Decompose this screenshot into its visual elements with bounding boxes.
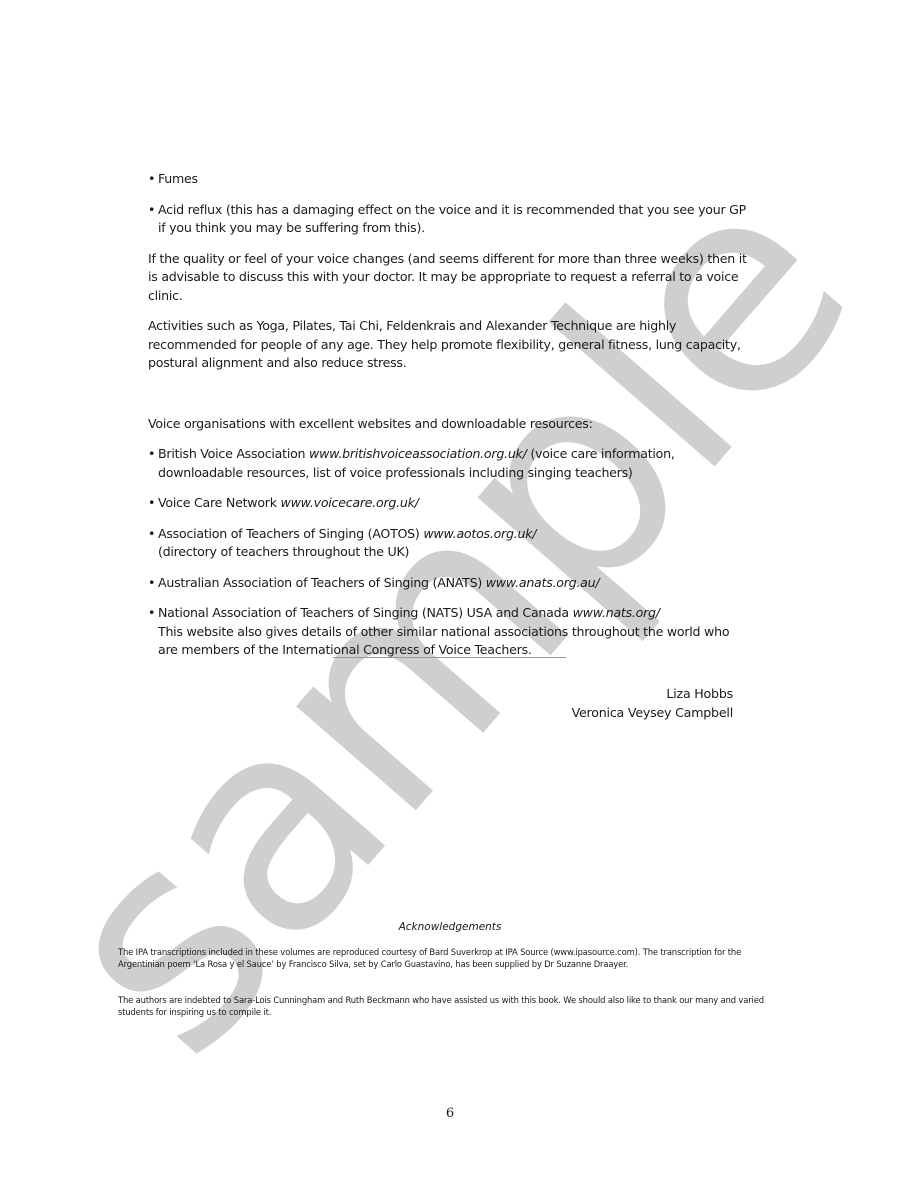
org-link-vcn[interactable]: www.voicecare.org.uk/ (281, 495, 419, 510)
paragraph-voice-change: If the quality or feel of your voice cha… (148, 250, 748, 306)
signatures: Liza Hobbs Veronica Veysey Campbell (572, 685, 733, 722)
org-link-anats[interactable]: www.anats.org.au/ (486, 575, 600, 590)
signature-author-1: Liza Hobbs (572, 685, 733, 704)
bullet-item-fumes: •Fumes (148, 170, 748, 189)
org-link-bva[interactable]: www.britishvoiceassociation.org.uk/ (309, 446, 527, 461)
bullet-icon: • (148, 170, 158, 189)
bullet-icon: • (148, 604, 158, 623)
org-item-anats: •Australian Association of Teachers of S… (148, 574, 748, 593)
main-content: •Fumes •Acid reflux (this has a damaging… (148, 170, 748, 660)
org-item-bva: •British Voice Association www.britishvo… (148, 445, 748, 482)
acknowledgements-paragraph-authors: The authors are indebted to Sara-Lois Cu… (118, 994, 784, 1018)
bullet-icon: • (148, 201, 158, 220)
org-link-aotos[interactable]: www.aotos.org.uk/ (423, 526, 536, 541)
org-link-nats[interactable]: www.nats.org/ (573, 605, 660, 620)
acknowledgements-title: Acknowledgements (0, 921, 900, 933)
bullet-item-acid-reflux: •Acid reflux (this has a damaging effect… (148, 201, 748, 238)
bullet-icon: • (148, 525, 158, 544)
org-item-aotos: •Association of Teachers of Singing (AOT… (148, 525, 748, 562)
section-divider (333, 657, 566, 658)
org-item-nats: •National Association of Teachers of Sin… (148, 604, 748, 660)
bullet-icon: • (148, 574, 158, 593)
signature-author-2: Veronica Veysey Campbell (572, 704, 733, 723)
organisations-intro: Voice organisations with excellent websi… (148, 415, 748, 434)
bullet-icon: • (148, 445, 158, 464)
bullet-icon: • (148, 494, 158, 513)
page-number: 6 (0, 1106, 900, 1121)
org-item-vcn: •Voice Care Network www.voicecare.org.uk… (148, 494, 748, 513)
acknowledgements-paragraph-ipa: The IPA transcriptions included in these… (118, 946, 784, 970)
paragraph-activities: Activities such as Yoga, Pilates, Tai Ch… (148, 317, 748, 373)
